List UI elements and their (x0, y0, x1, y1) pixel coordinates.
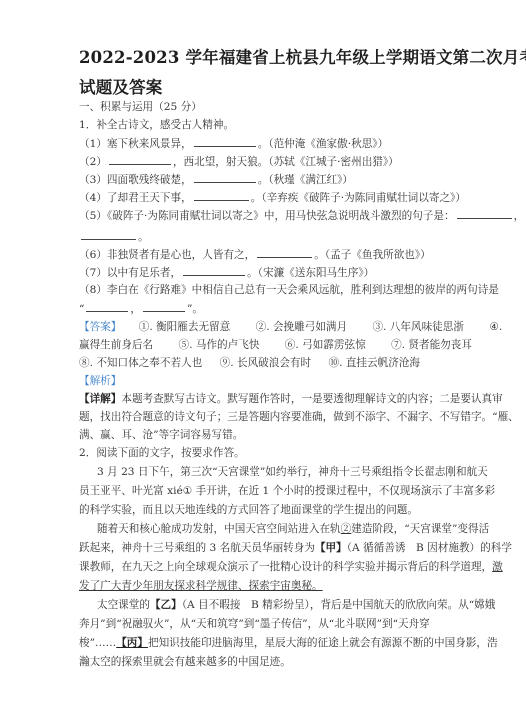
q1-item-7-source: 。（宋濂《送东阳马生序》） (247, 267, 374, 279)
underlined-sentence: 激 (492, 561, 503, 573)
q1-item-6-source: 。（孟子《鱼我所欲也》） (314, 249, 431, 261)
passage-p3-line-4: 瀚太空的探索里就会有越来越多的中国足迹。 (79, 655, 291, 669)
analysis-text: 本题考查默写古诗文。默写题作答时，一是要透彻理解诗文的内容；二是要认真审 (121, 393, 502, 405)
answer-4-number: ④. (489, 321, 502, 333)
analysis-detail-line-3: 满、赢、耳、沧”等字词容易写错。 (79, 428, 243, 442)
answer-7: ⑦. 贤者能勿丧耳 (391, 339, 472, 351)
passage-p3-line-3: 梭”……【丙】把知识技能印进脑海里，星辰大海的征途上就会有源源不断的中国身影，浩 (79, 636, 498, 650)
answer-8: ⑧. 不知口体之奉不若人也 (79, 357, 202, 369)
mark-2: ② (341, 523, 352, 535)
q1-item-8: （8）李白在《行路难》中相信自己总有一天会乘风远航，胜利到达理想的彼岸的两句诗是 (79, 283, 499, 297)
q1-item-5-text: （5）《破阵子·为陈同甫赋壮词以寄之》中，用马快弦急说明战斗激烈的句子是： (79, 210, 455, 222)
close-quote: ”。 (187, 303, 203, 315)
comma: ， (130, 303, 141, 315)
passage-p2-line-1: 随着天和核心舱成功发射，中国天宫空间站进入在轨②建造阶段，“天宫课堂”变得活 (97, 522, 489, 536)
answer-3: ③. 八年风味徒思浙 (372, 321, 463, 333)
document-title-line-1: 2022-2023 学年福建省上杭县九年级上学期语文第二次月考 (79, 44, 526, 68)
analysis-tag: 【解析】 (79, 374, 121, 388)
analysis-detail-line-1: 【详解】本题考查默写古诗文。默写题作答时，一是要透彻理解诗文的内容；二是要认真审 (79, 392, 503, 406)
fill-blank (194, 136, 256, 147)
q1-item-4-text: （4）了却君王天下事， (79, 192, 192, 204)
q1-item-5-cont: 。 (79, 229, 149, 244)
passage-p1-line-2: 员王亚平、叶光富 xié① 手开讲，在近 1 个小时的授课过程中，不仅现场演示了… (79, 484, 495, 498)
answer-4: 赢得生前身后名 (79, 339, 153, 351)
q1-item-4-source: 。（辛弃疾《破阵子·为陈同甫赋壮词以寄之》） (251, 192, 466, 204)
fill-blank (257, 247, 312, 258)
answer-5: ⑤. 马作的卢飞快 (179, 339, 260, 351)
question-1-stem: 1．补全古诗文，感受古人精神。 (79, 118, 234, 132)
analysis-detail-line-2: 题，找出符合题意的诗文句子；三是答题内容要准确，做到不添字、不漏字、不写错字。“… (79, 410, 519, 424)
passage-p3-line-2: 奔月”到“祝融驭火”，从“天和筑穹”到“墨子传信”，从“北斗联网”到“天舟穿 (79, 617, 430, 631)
q1-item-3-text: （3）四面歌残终破楚， (79, 174, 192, 186)
passage-text: 跃起来，神舟十三号乘组的 3 名航天员华丽转身为 (79, 542, 315, 554)
q1-item-4: （4）了却君王天下事，。（辛弃疾《破阵子·为陈同甫赋壮词以寄之》） (79, 190, 466, 205)
passage-text: 把知识技能印进脑海里，星辰大海的征途上就会有源源不断的中国身影，浩 (148, 637, 498, 649)
answer-9: ⑨. 长风破浪会有时 (220, 357, 311, 369)
fill-blank (81, 229, 136, 240)
q1-item-5: （5）《破阵子·为陈同甫赋壮词以寄之》中，用马快弦急说明战斗激烈的句子是：， (79, 208, 524, 223)
q1-item-1-text: （1）塞下秋来风景异， (79, 138, 192, 150)
fill-blank (143, 301, 185, 312)
answer-2: ②. 会挽雕弓如满月 (256, 321, 347, 333)
passage-p1-line-3: 的科学实验，而且以天地连线的方式回答了地面课堂的学生提出的问题。 (79, 503, 418, 517)
passage-p1-line-1: 3 月 23 日下午，第三次“天宫课堂”如约举行，神舟十三号乘组指令长翟志刚和航… (97, 465, 488, 479)
fill-blank (457, 208, 512, 219)
q1-item-1-source: 。（范仲淹《渔家傲·秋思》） (258, 138, 389, 150)
open-quote: “ (79, 303, 84, 315)
q1-item-2-text: （2） (79, 156, 107, 168)
answer-tag: 【答案】 (79, 321, 121, 333)
passage-p3-line-1: 太空课堂的【乙】（A 目不暇接 B 精彩纷呈），背后是中国航天的欣欣向荣。从“嫦… (97, 598, 495, 612)
q1-item-7: （7）以中有足乐者，。（宋濂《送东阳马生序》） (79, 265, 374, 280)
q1-item-5-punct: ， (514, 210, 525, 222)
blank-yi: 【乙】 (150, 599, 182, 611)
document-title-line-2: 试题及答案 (79, 74, 163, 98)
fill-blank (86, 301, 128, 312)
q1-item-3-source: 。（秋瑾《满江红》） (258, 174, 353, 186)
fill-blank (194, 190, 249, 201)
fill-blank (109, 154, 171, 165)
detail-tag: 【详解】 (79, 393, 121, 405)
passage-text: 课教师，在九天之上向全球观众演示了一批精心设计的科学实验并揭示背后的科学道理， (79, 561, 492, 573)
q1-item-2: （2），西北望，射天狼。（苏轼《江城子·密州出猎》） (79, 154, 399, 169)
answer-10: ⑩. 直挂云帆济沧海 (329, 357, 420, 369)
q1-item-6-text: （6）非独贤者有是心也，人皆有之， (79, 249, 255, 261)
passage-p2-line-4: 发了广大青少年朋友探求科学规律、探索宇宙奥秘。 (79, 579, 323, 593)
answer-row-1: 【答案】 ①. 衡阳雁去无留意 ②. 会挽雕弓如满月 ③. 八年风味徒思浙 ④. (79, 320, 502, 334)
q1-item-8-cont: “，”。 (79, 301, 203, 316)
fill-blank (194, 172, 256, 183)
answer-1: ①. 衡阳雁去无留意 (139, 321, 230, 333)
passage-options: （A 循循善诱 B 因材施教）的科学 (347, 542, 512, 554)
q1-item-2-source: ，西北望，射天狼。（苏轼《江城子·密州出猎》） (173, 156, 399, 168)
answer-row-3: ⑧. 不知口体之奉不若人也 ⑨. 长风破浪会有时 ⑩. 直挂云帆济沧海 (79, 356, 420, 370)
answer-row-2: 赢得生前身后名 ⑤. 马作的卢飞快 ⑥. 弓如霹雳弦惊 ⑦. 贤者能勿丧耳 (79, 338, 472, 352)
blank-jia: 【甲】 (315, 542, 347, 554)
q1-item-7-text: （7）以中有足乐者， (79, 267, 181, 279)
answer-6: ⑥. 弓如霹雳弦惊 (285, 339, 366, 351)
passage-text: 梭”…… (79, 637, 116, 649)
q1-item-6: （6）非独贤者有是心也，人皆有之，。（孟子《鱼我所欲也》） (79, 247, 431, 262)
q1-item-3: （3）四面歌残终破楚，。（秋瑾《满江红》） (79, 172, 353, 187)
passage-p2-line-2: 跃起来，神舟十三号乘组的 3 名航天员华丽转身为【甲】（A 循循善诱 B 因材施… (79, 541, 512, 555)
passage-text: 随着天和核心舱成功发射，中国天宫空间站进入在轨 (97, 523, 341, 535)
q1-item-5-end: 。 (138, 231, 149, 243)
passage-p2-line-3: 课教师，在九天之上向全球观众演示了一批精心设计的科学实验并揭示背后的科学道理，激 (79, 560, 503, 574)
passage-text: 太空课堂的 (97, 599, 150, 611)
passage-text: 建造阶段，“天宫课堂”变得活 (351, 523, 489, 535)
document-page: 2022-2023 学年福建省上杭县九年级上学期语文第二次月考 试题及答案 一、… (0, 0, 526, 702)
q1-item-1: （1）塞下秋来风景异，。（范仲淹《渔家傲·秋思》） (79, 136, 388, 151)
blank-bing: 【丙】 (116, 637, 148, 649)
fill-blank (183, 265, 245, 276)
section-heading: 一、积累与运用（25 分） (79, 100, 202, 114)
passage-options: （A 目不暇接 B 精彩纷呈），背后是中国航天的欣欣向荣。从“嫦娥 (182, 599, 496, 611)
question-2-stem: 2．阅读下面的文字，按要求作答。 (79, 446, 245, 460)
